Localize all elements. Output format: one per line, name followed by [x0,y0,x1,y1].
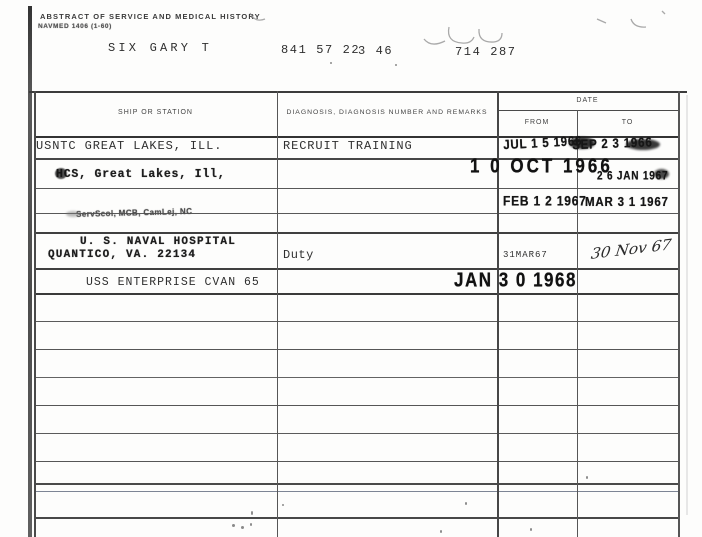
scan-speck [251,511,253,515]
column-header-to: TO [577,119,678,126]
form-number: NAVMED 1406 (1-60) [38,24,112,31]
row6-date-from-stamp: JAN 3 0 1968 [454,270,577,290]
row1-ship: USNTC GREAT LAKES, ILL. [36,140,222,152]
page-edge-noise [686,95,688,515]
scan-speck [530,528,532,531]
scan-speck [586,476,588,479]
row-rule [34,461,678,462]
column-header-ship: SHIP OR STATION [34,109,277,116]
row-rule [34,483,678,485]
row-rule [34,517,678,519]
row6-ship: USS ENTERPRISE CVAN 65 [86,277,260,289]
column-header-from: FROM [497,119,577,126]
table-left-rule [34,91,36,537]
column-header-date: DATE [497,97,678,104]
scan-speck [250,523,252,526]
row5-ship-line2: QUANTICO, VA. 22134 [48,250,196,261]
row3-date-from-stamp: FEB 1 2 1967 [503,194,587,208]
ink-smudge [569,137,595,149]
row-rule [34,188,678,189]
unit-number: 714 287 [455,46,517,58]
row3-date-to-stamp: MAR 3 1 1967 [585,197,669,210]
entry-code: 3 46 [358,45,393,57]
row2-date-from-stamp: 1 0 OCT 1966 [470,156,613,176]
ink-smudge [55,168,67,179]
row-rule [34,349,678,350]
row-rule [34,321,678,322]
table-right-rule [678,91,680,537]
row-rule [34,232,678,234]
ship-diagnosis-divider [277,91,278,537]
page-edge-shadow [28,6,32,537]
scan-speck [241,526,244,529]
row-rule [34,405,678,406]
date-subheader-rule [497,110,678,111]
form-title: ABSTRACT OF SERVICE AND MEDICAL HISTORY [40,13,261,21]
row-rule [34,433,678,434]
row-rule [34,377,678,378]
column-header-diagnosis: DIAGNOSIS, DIAGNOSIS NUMBER AND REMARKS [277,110,497,117]
scan-speck [465,502,467,505]
row5-date-from: 31MAR67 [503,251,548,260]
patient-name: SIX GARY T [108,42,212,54]
table-top-rule [29,91,687,93]
scan-speck [232,524,235,527]
row2-ship: HCS, Great Lakes, Ill, [56,169,225,181]
scan-speck [395,64,397,66]
scan-speck [440,530,442,533]
service-number: 841 57 22 [281,44,360,56]
row-rule [34,268,678,270]
ink-smudge [626,139,660,150]
scanned-form-sheet: ABSTRACT OF SERVICE AND MEDICAL HISTORY … [0,0,702,537]
row4-ship-stamp: ServScol, MCB, CamLej, NC [76,208,192,219]
row5-diagnosis: Duty [283,249,314,261]
row5-ship-line1: U. S. NAVAL HOSPITAL [80,237,236,248]
ink-smudge [66,211,80,217]
ink-smudge [654,169,669,179]
scan-speck [330,62,332,64]
row-rule [34,491,678,492]
row1-diagnosis: RECRUIT TRAINING [283,140,413,152]
row5-date-to-handwritten: 30 Nov 67 [590,237,672,261]
scan-speck [282,504,284,506]
row-rule [34,293,678,295]
